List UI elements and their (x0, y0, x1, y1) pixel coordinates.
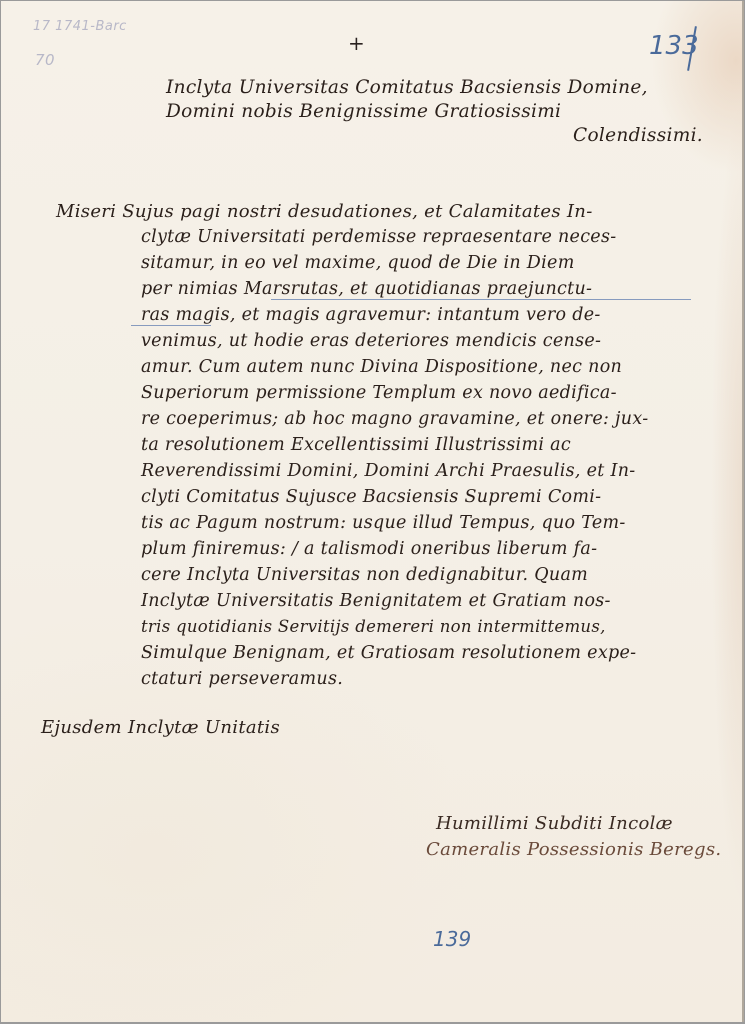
page-number: 139 (433, 927, 471, 951)
salutation-line-1: Inclyta Universitas Comitatus Bacsiensis… (166, 77, 648, 98)
blue-pencil-underline-2 (131, 325, 211, 326)
body-line-4: per nimias Marsrutas, et quotidianas pra… (141, 279, 592, 299)
body-line-13: tis ac Pagum nostrum: usque illud Tempus… (141, 513, 626, 533)
body-line-6: venimus, ut hodie eras deteriores mendic… (141, 331, 601, 351)
blue-pencil-underline-1 (271, 299, 691, 300)
pencil-annotation-archive-ref: 17 1741-Barc (33, 19, 127, 34)
body-line-9: re coeperimus; ab hoc magno gravamine, e… (141, 409, 648, 429)
body-line-14: plum finiremus: / a talismodi oneribus l… (141, 539, 597, 559)
body-line-19: ctaturi perseveramus. (141, 669, 343, 689)
body-line-15: cere Inclyta Universitas non dedignabitu… (141, 565, 588, 585)
body-line-3: sitamur, in eo vel maxime, quod de Die i… (141, 253, 575, 273)
cross-mark: + (348, 31, 365, 55)
body-line-17: tris quotidianis Servitijs demereri non … (141, 617, 606, 636)
closing-line: Ejusdem Inclytæ Unitatis (41, 717, 280, 738)
body-line-5: ras magis, et magis agravemur: intantum … (141, 305, 601, 325)
body-line-16: Inclytæ Universitatis Benignitatem et Gr… (141, 591, 611, 611)
salutation-line-2: Domini nobis Benignissime Gratiosissimi (166, 101, 561, 122)
body-line-1: Miseri Sujus pagi nostri desudationes, e… (56, 201, 593, 222)
body-line-2: clytæ Universitati perdemisse repraesent… (141, 227, 616, 247)
body-line-12: clyti Comitatus Sujusce Bacsiensis Supre… (141, 487, 601, 507)
pencil-annotation-number: 70 (35, 51, 55, 69)
body-line-18: Simulque Benignam, et Gratiosam resoluti… (141, 643, 636, 663)
salutation-line-3: Colendissimi. (573, 125, 703, 146)
body-line-7: amur. Cum autem nunc Divina Dispositione… (141, 357, 622, 377)
signature-line-1: Humillimi Subditi Incolæ (436, 813, 673, 834)
signature-line-2: Cameralis Possessionis Beregs. (426, 839, 721, 860)
manuscript-page: 17 1741-Barc 70 + 133 Inclyta Universita… (1, 1, 744, 1022)
body-line-8: Superiorum permissione Templum ex novo a… (141, 383, 617, 403)
body-line-10: ta resolutionem Excellentissimi Illustri… (141, 435, 571, 455)
body-line-11: Reverendissimi Domini, Domini Archi Prae… (141, 461, 635, 481)
